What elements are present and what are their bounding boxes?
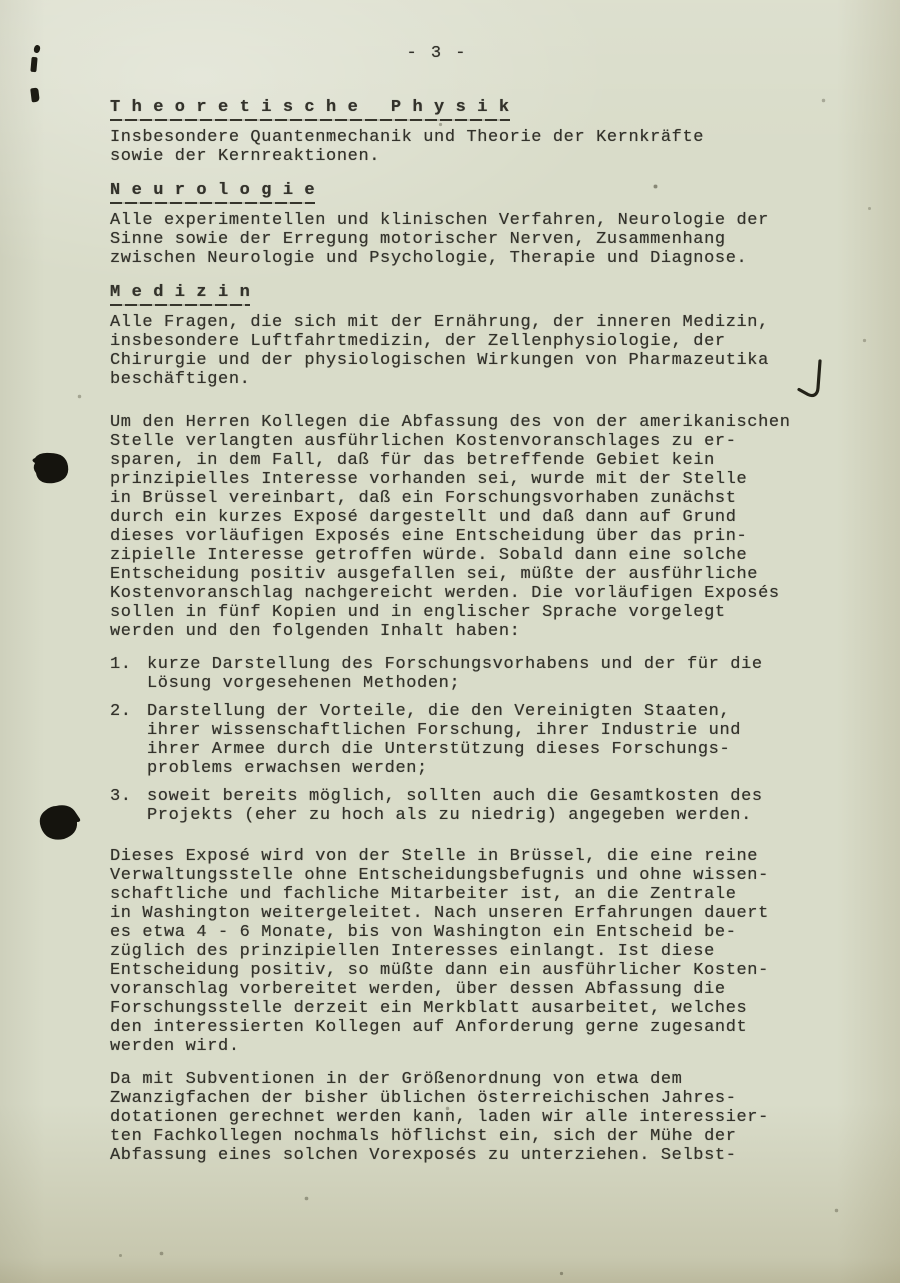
list-item-marker: 1. bbox=[110, 655, 147, 693]
pen-bracket-icon bbox=[796, 357, 830, 405]
section-heading: N e u r o l o g i e bbox=[110, 181, 826, 204]
section-heading-text: M e d i z i n bbox=[110, 283, 250, 306]
section-heading-text: N e u r o l o g i e bbox=[110, 181, 315, 204]
list-item: 2. Darstellung der Vorteile, die den Ver… bbox=[110, 702, 826, 778]
numbered-list: 1. kurze Darstellung des Forschungsvorha… bbox=[110, 655, 826, 825]
paragraph-subventionen: Da mit Subventionen in der Größenordnung… bbox=[110, 1070, 826, 1165]
list-item-marker: 3. bbox=[110, 787, 147, 825]
ink-blot-icon bbox=[36, 803, 82, 843]
section-body: Insbesondere Quantenmechanik und Theorie… bbox=[110, 128, 826, 166]
list-item-marker: 2. bbox=[110, 702, 147, 778]
list-item-text: kurze Darstellung des Forschungsvorhaben… bbox=[147, 655, 826, 693]
paragraph-expose: Dieses Exposé wird von der Stelle in Brü… bbox=[110, 847, 826, 1056]
ink-blot-icon bbox=[28, 450, 72, 488]
section-heading-text: T h e o r e t i s c h e P h y s i k bbox=[110, 98, 510, 121]
paragraph-intro: Um den Herren Kollegen die Abfassung des… bbox=[110, 413, 826, 641]
pen-mark-comma bbox=[30, 88, 40, 103]
section-theoretische-physik: T h e o r e t i s c h e P h y s i k Insb… bbox=[110, 98, 826, 166]
section-heading: T h e o r e t i s c h e P h y s i k bbox=[110, 98, 826, 121]
list-item: 1. kurze Darstellung des Forschungsvorha… bbox=[110, 655, 826, 693]
section-heading: M e d i z i n bbox=[110, 283, 826, 306]
section-body: Alle experimentellen und klinischen Verf… bbox=[110, 211, 826, 268]
page-number: - 3 - bbox=[0, 44, 874, 63]
section-neurologie: N e u r o l o g i e Alle experimentellen… bbox=[110, 181, 826, 268]
section-body: Alle Fragen, die sich mit der Ernährung,… bbox=[110, 313, 826, 389]
pen-mark-stem bbox=[30, 57, 37, 72]
document-body: T h e o r e t i s c h e P h y s i k Insb… bbox=[110, 98, 826, 1179]
list-item-text: Darstellung der Vorteile, die den Verein… bbox=[147, 702, 826, 778]
section-medizin: M e d i z i n Alle Fragen, die sich mit … bbox=[110, 283, 826, 389]
paper-speckles bbox=[0, 0, 1, 1]
scanned-document-page: - 3 - T h e o r e t i s c h e P h y s i … bbox=[0, 0, 900, 1283]
list-item: 3. soweit bereits möglich, sollten auch … bbox=[110, 787, 826, 825]
list-item-text: soweit bereits möglich, sollten auch die… bbox=[147, 787, 826, 825]
